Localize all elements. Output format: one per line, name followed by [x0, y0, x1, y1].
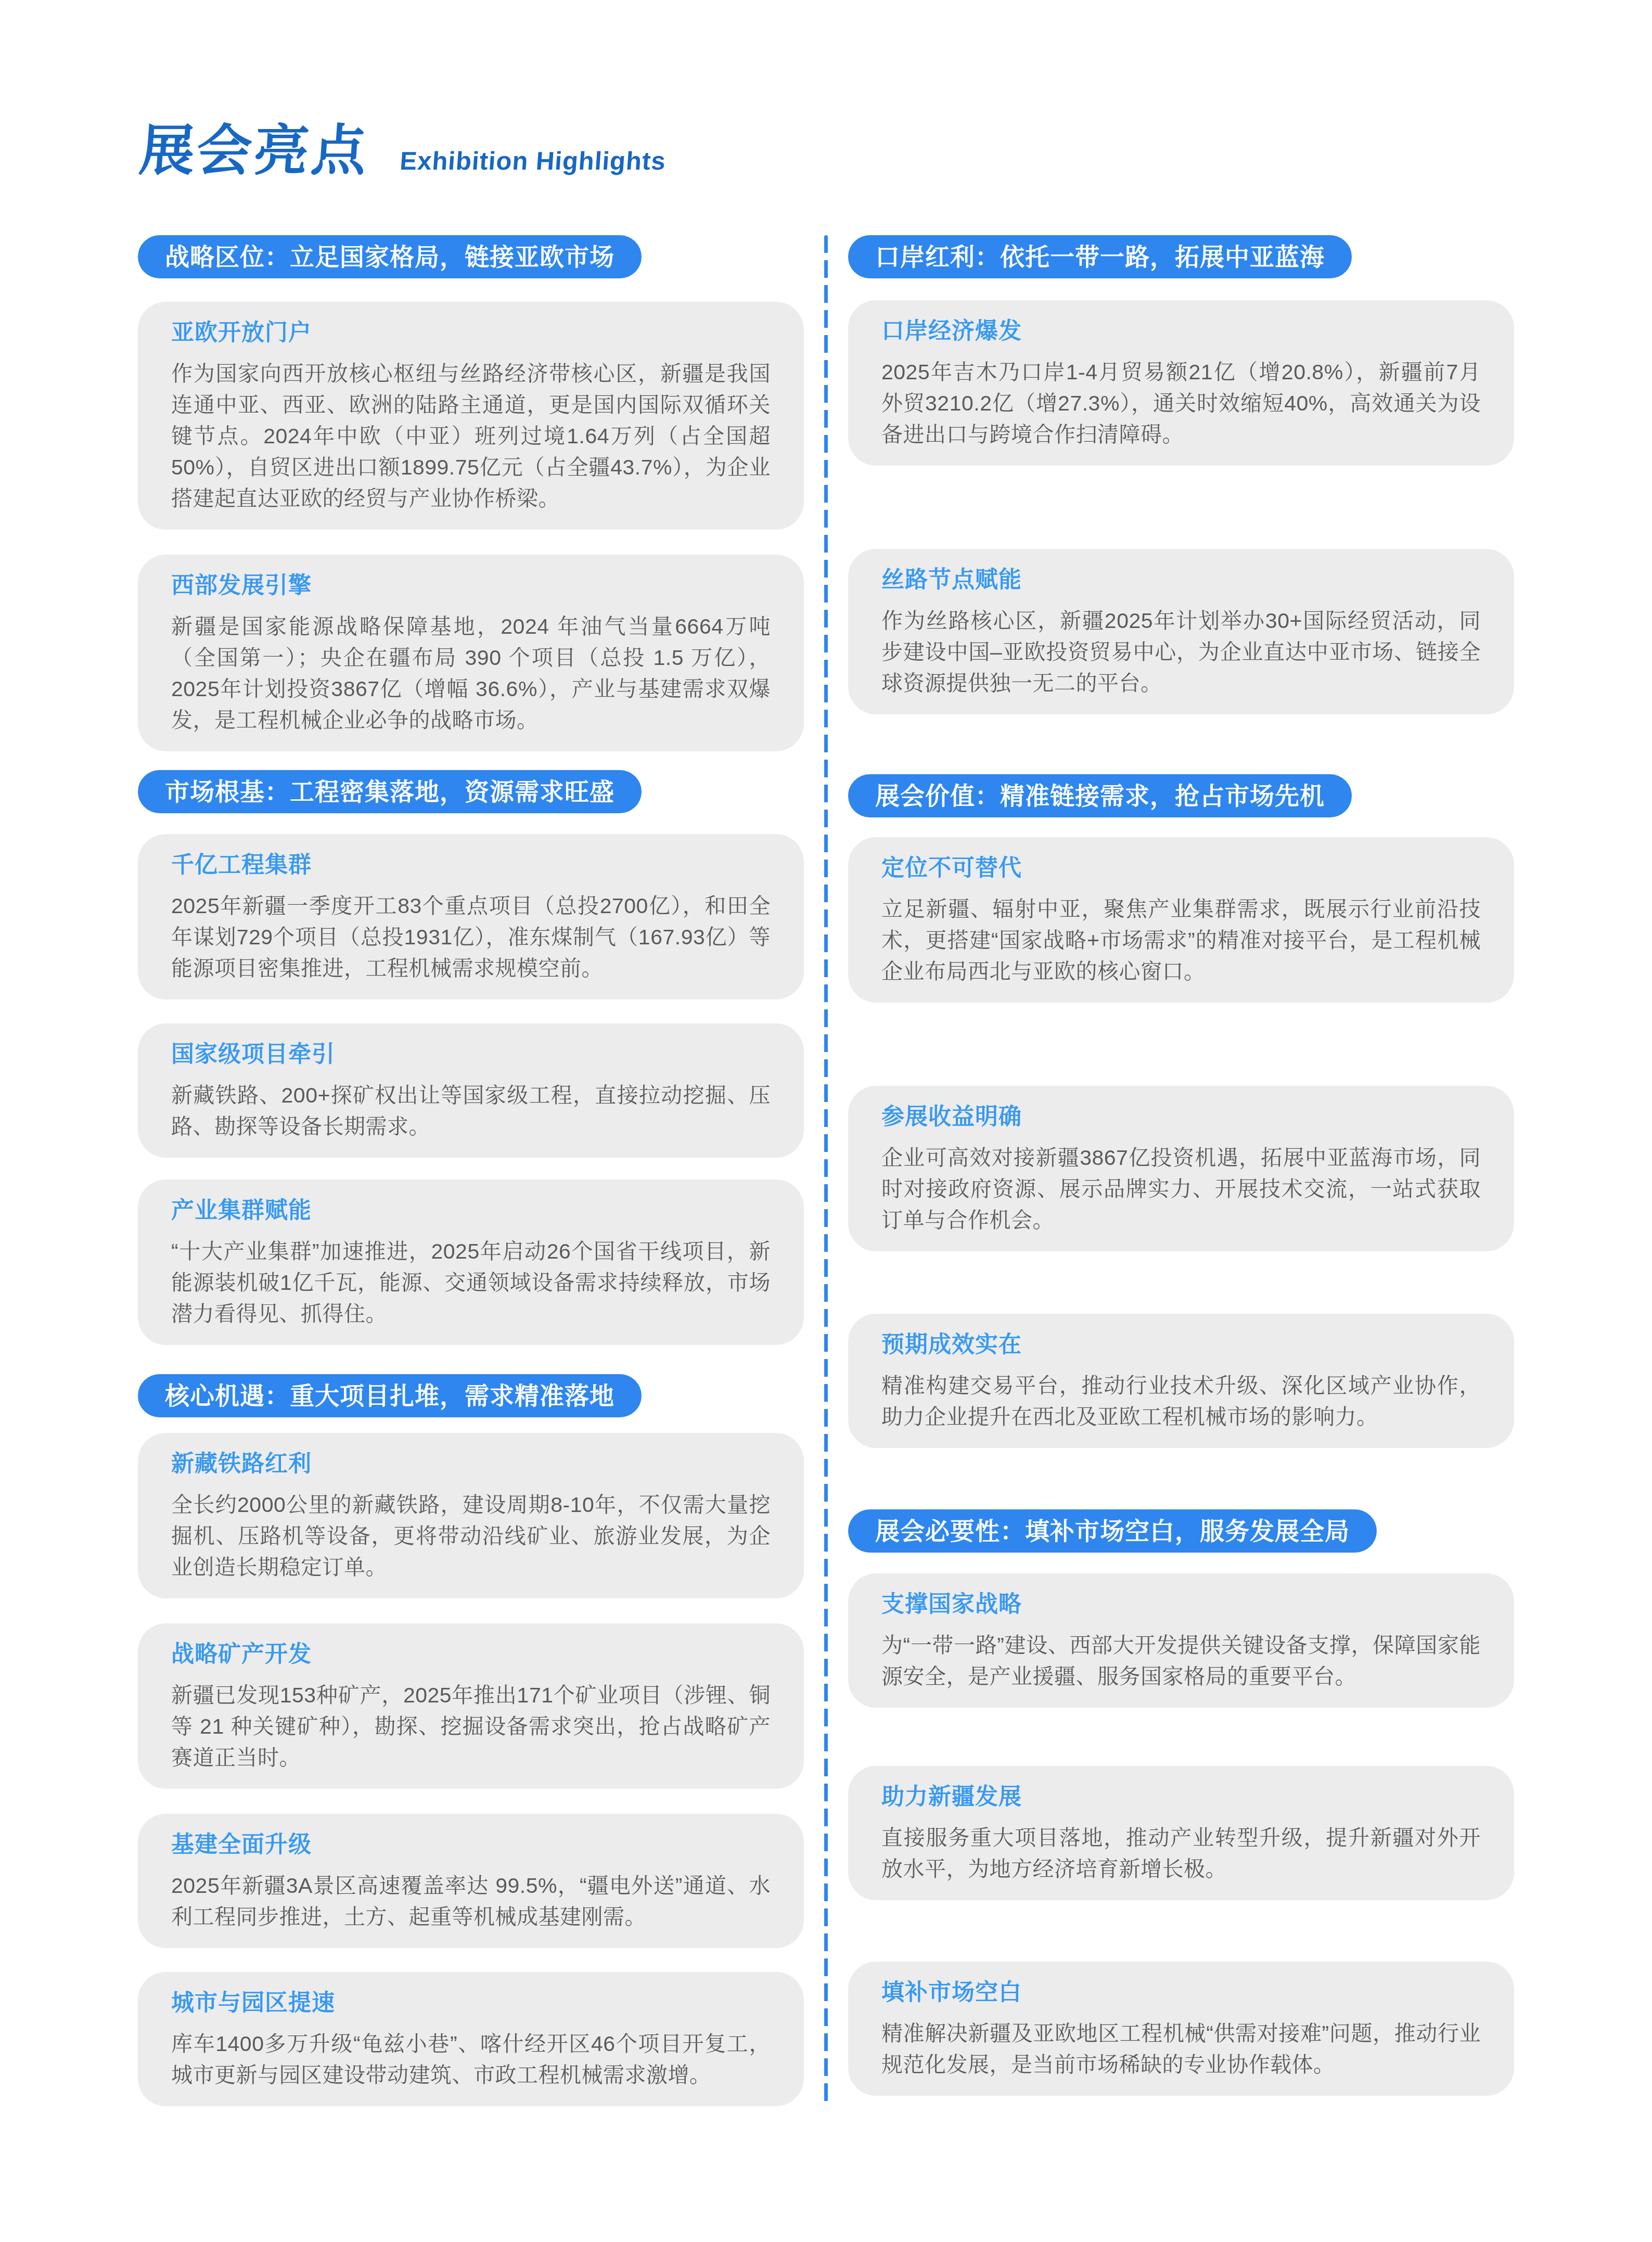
card-title: 产业集群赋能: [171, 1198, 771, 1223]
card-strategic-mineral-development: 战略矿产开发 新疆已发现153种矿产，2025年推出171个矿业项目（涉锂、铜等…: [138, 1623, 804, 1789]
card-irreplaceable-positioning: 定位不可替代 立足新疆、辐射中亚，聚焦产业集群需求，既展示行业前沿技术，更搭建“…: [848, 837, 1514, 1003]
card-title: 口岸经济爆发: [881, 319, 1481, 344]
card-title: 战略矿产开发: [171, 1642, 771, 1667]
card-body: 直接服务重大项目落地，推动产业转型升级，提升新疆对外开放水平，为地方经济培育新增…: [881, 1822, 1481, 1885]
card-title: 国家级项目牵引: [171, 1042, 771, 1067]
card-body: 精准构建交易平台，推动行业技术升级、深化区域产业协作，助力企业提升在西北及亚欧工…: [881, 1370, 1481, 1432]
card-title: 亚欧开放门户: [171, 321, 771, 345]
card-body: 作为国家向西开放核心枢纽与丝路经济带核心区，新疆是我国连通中亚、西亚、欧洲的陆路…: [171, 358, 771, 514]
card-support-national-strategy: 支撑国家战略 为“一带一路”建设、西部大开发提供关键设备支撑，保障国家能源安全，…: [848, 1573, 1514, 1708]
card-body: 为“一带一路”建设、西部大开发提供关键设备支撑，保障国家能源安全，是产业援疆、服…: [881, 1630, 1481, 1692]
card-xinjiang-tibet-railway-dividend: 新藏铁路红利 全长约2000公里的新藏铁路，建设周期8-10年，不仅需大量挖掘机…: [138, 1433, 804, 1598]
card-body: 2025年新疆3A景区高速覆盖率达 99.5%，“疆电外送”通道、水利工程同步推…: [171, 1870, 771, 1932]
card-body: 企业可高效对接新疆3867亿投资机遇，拓展中亚蓝海市场，同时对接政府资源、展示品…: [881, 1142, 1481, 1236]
card-title: 填补市场空白: [881, 1980, 1481, 2005]
card-national-project-traction: 国家级项目牵引 新藏铁路、200+探矿权出让等国家级工程，直接拉动挖掘、压路、勘…: [138, 1023, 804, 1158]
card-title: 参展收益明确: [881, 1105, 1481, 1130]
card-title: 西部发展引擎: [171, 573, 771, 598]
card-title: 新藏铁路红利: [171, 1452, 771, 1477]
card-title: 丝路节点赋能: [881, 568, 1481, 593]
card-body: 新藏铁路、200+探矿权出让等国家级工程，直接拉动挖掘、压路、勘探等设备长期需求…: [171, 1080, 771, 1142]
card-title: 定位不可替代: [881, 856, 1481, 881]
card-silk-road-node-empowerment: 丝路节点赋能 作为丝路核心区，新疆2025年计划举办30+国际经贸活动，同步建设…: [848, 549, 1514, 714]
card-body: 作为丝路核心区，新疆2025年计划举办30+国际经贸活动，同步建设中国–亚欧投资…: [881, 605, 1481, 699]
right-column: 口岸红利：依托一带一路，拓展中亚蓝海 口岸经济爆发 2025年吉木乃口岸1-4月…: [848, 235, 1514, 2106]
card-body: 全长约2000公里的新藏铁路，建设周期8-10年，不仅需大量挖掘机、压路机等设备…: [171, 1489, 771, 1583]
card-body: 2025年吉木乃口岸1-4月贸易额21亿（增20.8%），新疆前7月外贸3210…: [881, 356, 1481, 450]
exhibition-highlights-page: 展会亮点 Exhibition Highlights 战略区位：立足国家格局，链…: [0, 0, 1652, 2242]
section-header-port-dividend: 口岸红利：依托一带一路，拓展中亚蓝海: [848, 235, 1352, 278]
page-title: 展会亮点: [137, 121, 370, 182]
card-fill-market-gap: 填补市场空白 精准解决新疆及亚欧地区工程机械“供需对接难”问题，推动行业规范化发…: [848, 1962, 1514, 2096]
left-column: 战略区位：立足国家格局，链接亚欧市场 亚欧开放门户 作为国家向西开放核心枢纽与丝…: [138, 235, 804, 2106]
card-city-and-park-acceleration: 城市与园区提速 库车1400多万升级“龟兹小巷”、喀什经开区46个项目开复工，城…: [138, 1972, 804, 2106]
card-western-development-engine: 西部发展引擎 新疆是国家能源战略保障基地，2024 年油气当量6664万吨（全国…: [138, 555, 804, 751]
card-title: 城市与园区提速: [171, 1991, 771, 2016]
card-boost-xinjiang-development: 助力新疆发展 直接服务重大项目落地，推动产业转型升级，提升新疆对外开放水平，为地…: [848, 1766, 1514, 1900]
card-tangible-expected-results: 预期成效实在 精准构建交易平台，推动行业技术升级、深化区域产业协作，助力企业提升…: [848, 1314, 1514, 1448]
card-clear-exhibition-returns: 参展收益明确 企业可高效对接新疆3867亿投资机遇，拓展中亚蓝海市场，同时对接政…: [848, 1086, 1514, 1251]
card-industry-cluster-empowerment: 产业集群赋能 “十大产业集群”加速推进，2025年启动26个国省干线项目，新能源…: [138, 1180, 804, 1345]
card-body: 精准解决新疆及亚欧地区工程机械“供需对接难”问题，推动行业规范化发展，是当前市场…: [881, 2018, 1481, 2080]
card-body: 新疆是国家能源战略保障基地，2024 年油气当量6664万吨（全国第一）；央企在…: [171, 611, 771, 736]
card-title: 助力新疆发展: [881, 1785, 1481, 1810]
section-header-market-foundation: 市场根基：工程密集落地，资源需求旺盛: [138, 770, 642, 813]
card-body: 2025年新疆一季度开工83个重点项目（总投2700亿），和田全年谋划729个项…: [171, 890, 771, 984]
card-title: 基建全面升级: [171, 1833, 771, 1857]
card-body: 库车1400多万升级“龟兹小巷”、喀什经开区46个项目开复工，城市更新与园区建设…: [171, 2028, 771, 2091]
card-asia-europe-gateway: 亚欧开放门户 作为国家向西开放核心枢纽与丝路经济带核心区，新疆是我国连通中亚、西…: [138, 302, 804, 530]
card-body: “十大产业集群”加速推进，2025年启动26个国省干线项目，新能源装机破1亿千瓦…: [171, 1236, 771, 1329]
column-divider: [824, 235, 828, 2106]
card-title: 支撑国家战略: [881, 1592, 1481, 1617]
content-columns: 战略区位：立足国家格局，链接亚欧市场 亚欧开放门户 作为国家向西开放核心枢纽与丝…: [138, 235, 1514, 2106]
card-body: 新疆已发现153种矿产，2025年推出171个矿业项目（涉锂、铜等 21 种关键…: [171, 1680, 771, 1773]
card-body: 立足新疆、辐射中亚，聚焦产业集群需求，既展示行业前沿技术，更搭建“国家战略+市场…: [881, 893, 1481, 987]
card-port-economy-boom: 口岸经济爆发 2025年吉木乃口岸1-4月贸易额21亿（增20.8%），新疆前7…: [848, 300, 1514, 466]
card-title: 千亿工程集群: [171, 853, 771, 878]
card-infrastructure-upgrade: 基建全面升级 2025年新疆3A景区高速覆盖率达 99.5%，“疆电外送”通道、…: [138, 1814, 804, 1948]
page-subtitle: Exhibition Highlights: [399, 147, 667, 176]
page-header: 展会亮点 Exhibition Highlights: [137, 121, 669, 182]
section-header-strategic-location: 战略区位：立足国家格局，链接亚欧市场: [138, 235, 642, 278]
section-header-exhibition-necessity: 展会必要性：填补市场空白，服务发展全局: [848, 1509, 1377, 1553]
section-header-core-opportunities: 核心机遇：重大项目扎堆，需求精准落地: [138, 1374, 642, 1417]
card-title: 预期成效实在: [881, 1333, 1481, 1357]
section-header-exhibition-value: 展会价值：精准链接需求，抢占市场先机: [848, 774, 1352, 817]
card-hundred-billion-projects: 千亿工程集群 2025年新疆一季度开工83个重点项目（总投2700亿），和田全年…: [138, 834, 804, 1000]
